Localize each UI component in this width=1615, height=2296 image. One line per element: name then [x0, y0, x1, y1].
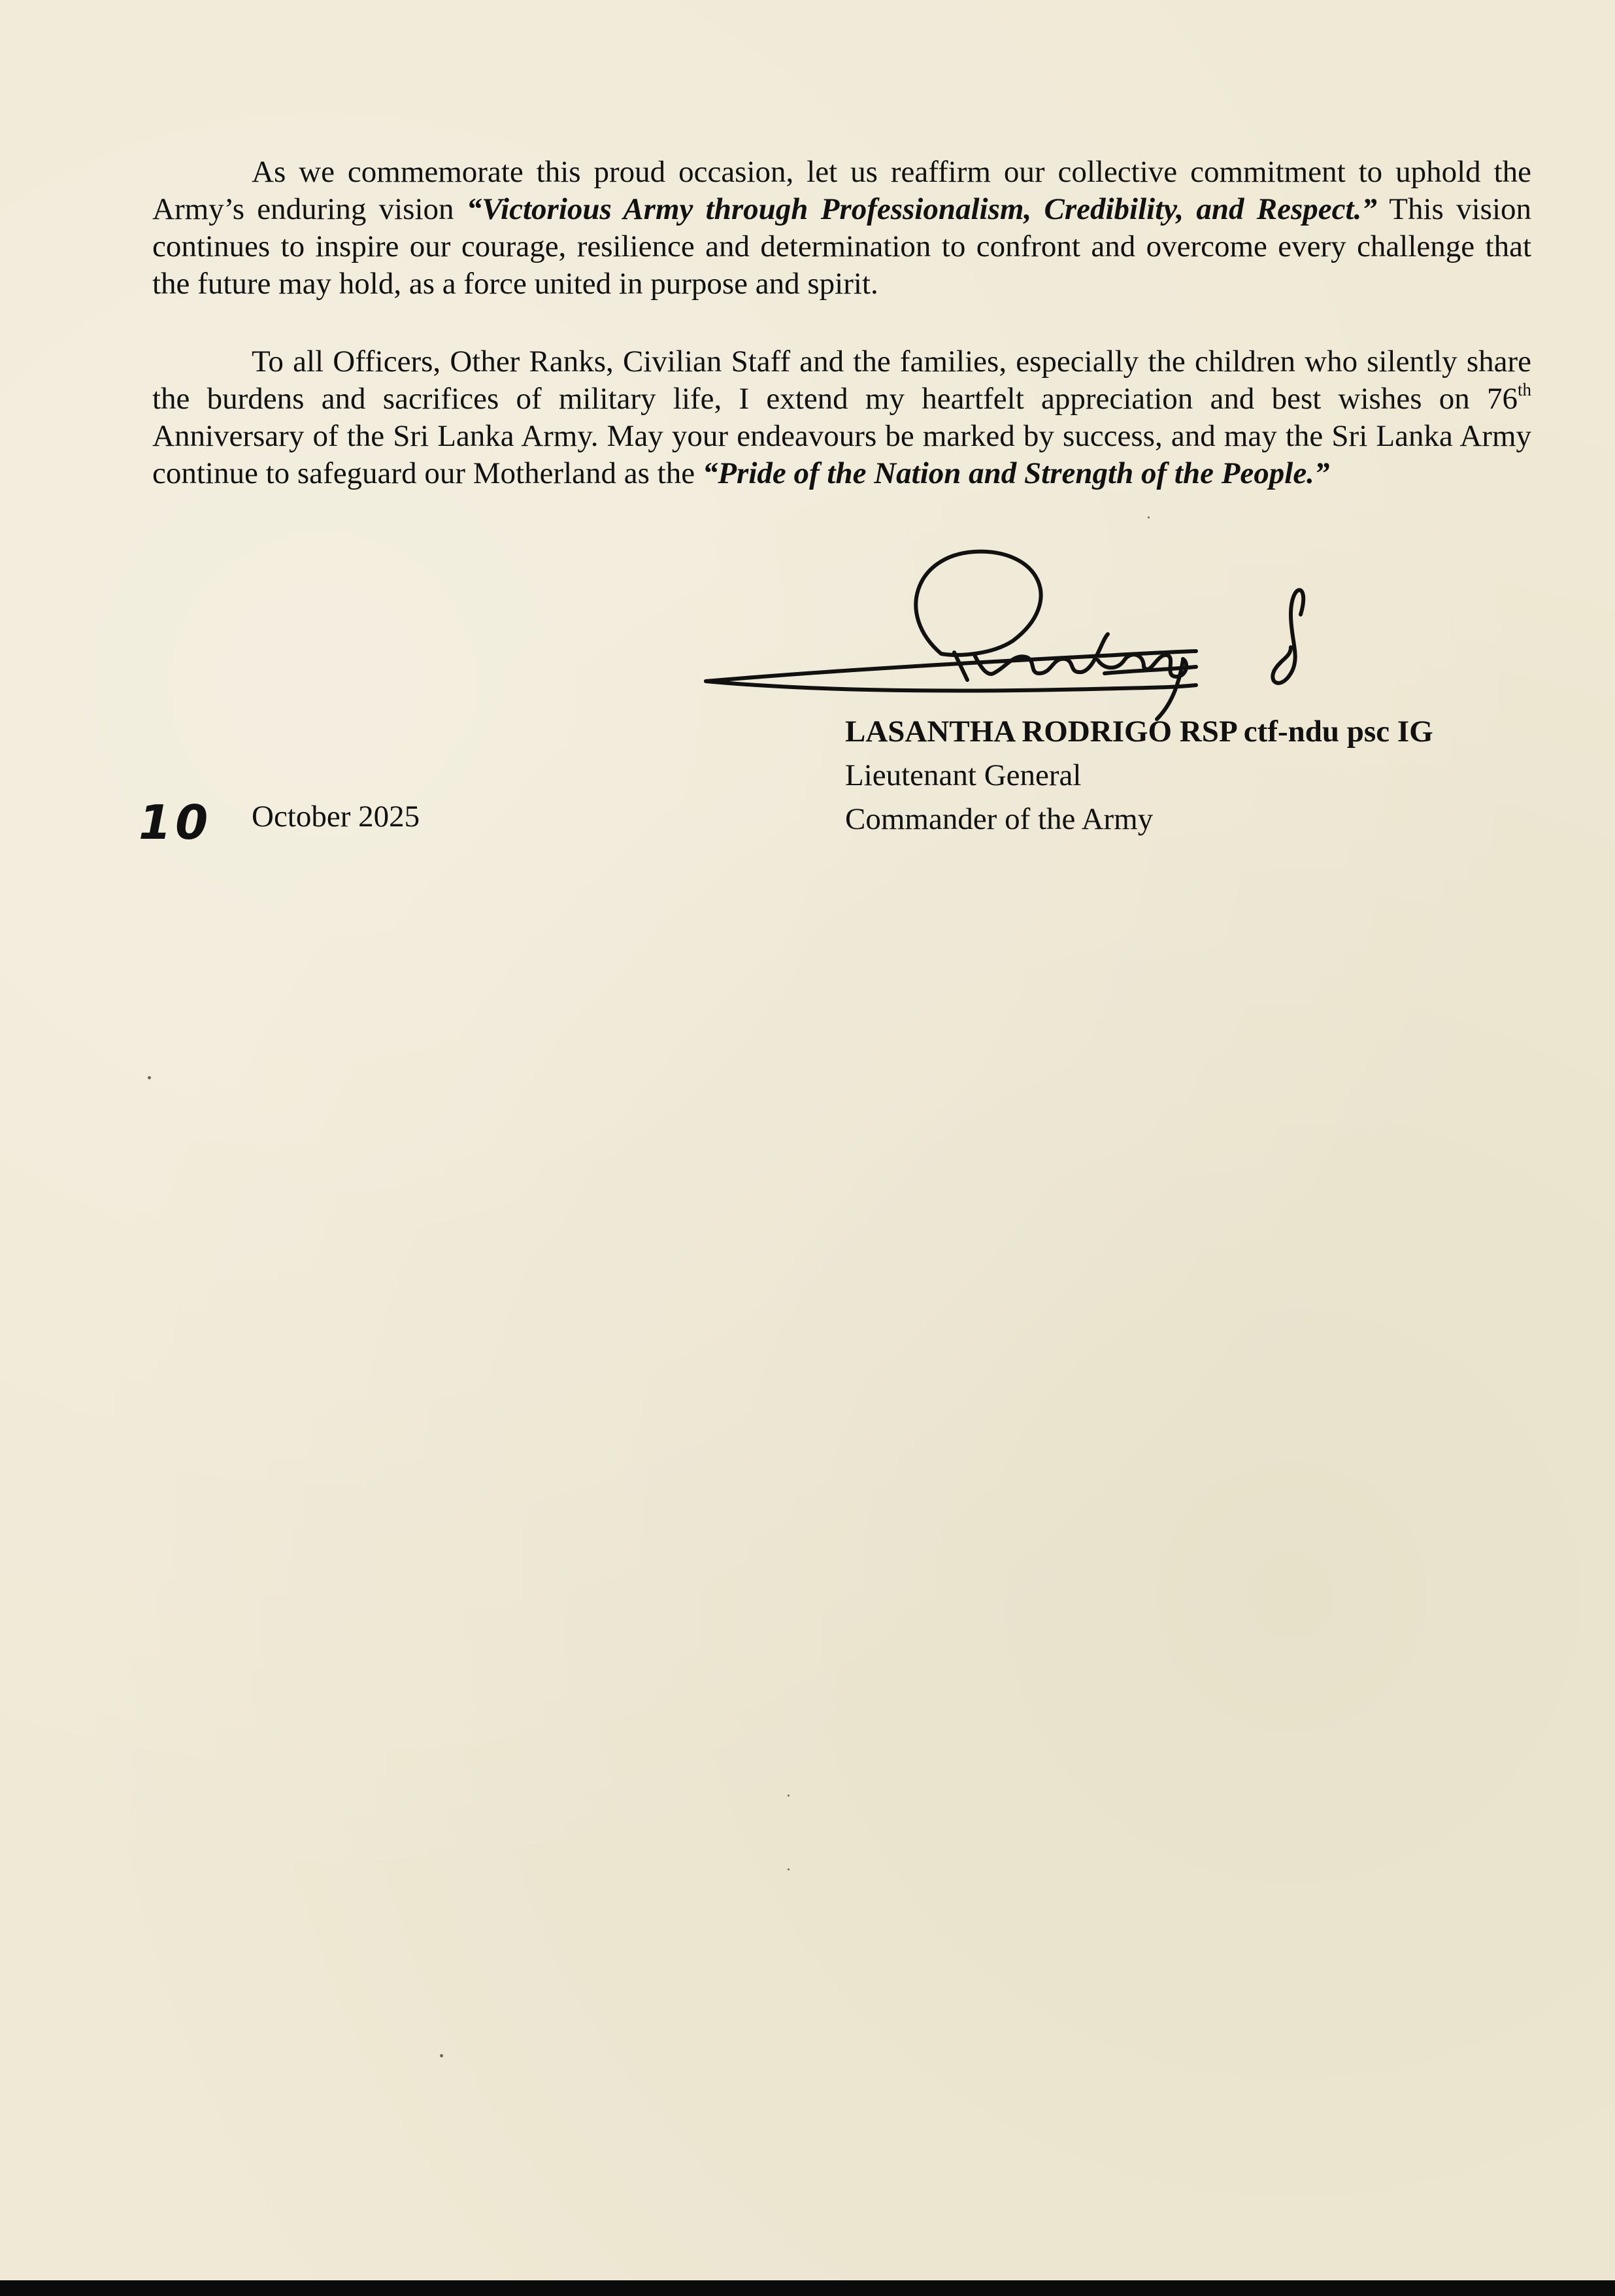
pride-of-nation-quote: “Pride of the Nation and Strength of the…: [703, 456, 1330, 490]
scan-bottom-edge: [0, 2280, 1615, 2296]
signatory-name: LASANTHA RODRIGO RSP ctf-ndu psc IG: [845, 714, 1433, 749]
signatory-role: Commander of the Army: [845, 802, 1153, 837]
ordinal-suffix: th: [1518, 380, 1531, 399]
army-vision-quote: “Victorious Army through Professionalism…: [467, 192, 1377, 226]
date-month-year: October 2025: [252, 799, 420, 834]
paragraph-wishes: To all Officers, Other Ranks, Civilian S…: [152, 343, 1531, 492]
paper-speck: [788, 1795, 790, 1797]
signatory-rank: Lieutenant General: [845, 758, 1081, 793]
paper-speck: [1148, 516, 1150, 518]
paragraph-commemoration: As we commemorate this proud occasion, l…: [152, 154, 1531, 303]
date-day-handwritten: 10: [139, 795, 212, 850]
paper-speck: [788, 1868, 790, 1870]
letter-page: As we commemorate this proud occasion, l…: [0, 0, 1615, 2280]
paragraph2-text-before: To all Officers, Other Ranks, Civilian S…: [152, 345, 1531, 416]
paper-speck: [148, 1076, 151, 1079]
signature-icon: [699, 543, 1431, 726]
paper-speck: [440, 2054, 443, 2057]
